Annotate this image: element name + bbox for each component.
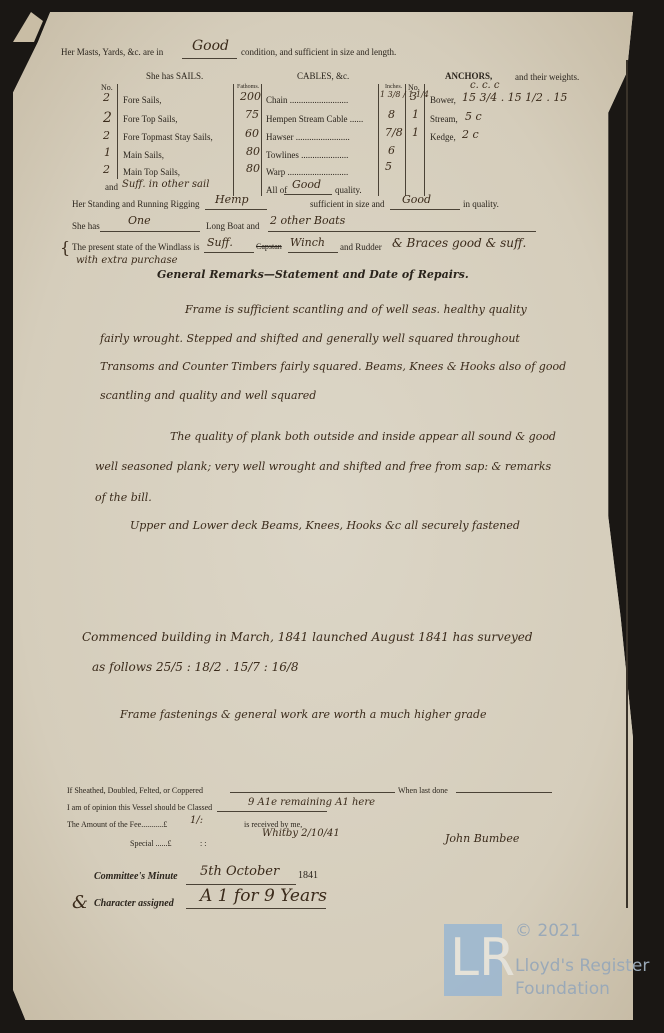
watermark-copyright: © 2021 [515,921,581,941]
cable-label-1: Hempen Stream Cable ...... [266,114,363,124]
cables-left-rule [233,84,234,196]
cable-label-2: Hawser ........................ [266,132,350,142]
cables-title: CABLES, &c. [297,71,349,81]
cable-no-2: 1 [412,126,419,139]
fee-value: 1/: [190,815,203,826]
other-boats-value: 2 other Boats [270,214,345,227]
lr-logo-icon: LR [444,924,502,996]
anchor-label-1: Stream, [430,114,458,124]
winch-line [288,252,338,253]
sail-label-4: Main Top Sails, [123,167,180,177]
cable-fathoms-3: 80 [246,145,260,158]
winch-value: Winch [290,236,325,249]
cable-inches-2: 7/8 [385,126,403,139]
long-boat-value: One [128,214,151,227]
remark-line-9: as follows 25/5 : 18/2 . 15/7 : 16/8 [92,660,299,674]
remark-line-10: Frame fastenings & general work are wort… [120,708,487,721]
boats-middle: Long Boat and [206,221,260,231]
date-note: Whitby 2/10/41 [262,828,340,839]
rigging-quality-line [390,209,460,210]
inches-right-rule [405,84,406,196]
remark-line-2: Transoms and Counter Timbers fairly squa… [100,360,566,373]
anchor-label-0: Bower, [430,95,456,105]
cable-fathoms-2: 60 [245,127,259,140]
masts-value: Good [192,38,229,54]
right-margin-rule [626,60,628,908]
remark-line-3: scantling and quality and well squared [100,389,316,402]
anchor-value-2: 2 c [462,128,479,141]
cable-inches-4: 5 [385,160,392,173]
watermark-org-line2: Foundation [515,979,610,999]
sail-no-0: 2 [103,91,110,104]
rigging-middle: sufficient in size and [310,199,385,209]
rigging-prefix: Her Standing and Running Rigging [72,199,200,209]
other-boats-line [268,231,536,232]
remark-line-0: Frame is sufficient scantling and of wel… [185,303,527,316]
sails-and-value: Suff. in other sail [122,179,209,190]
cable-no-0: 3 [410,90,417,103]
cable-inches-3: 6 [388,144,395,157]
character-value: A 1 for 9 Years [200,886,327,906]
anchor-value-0: 15 3/4 . 15 1/2 . 15 [462,91,567,104]
sails-title: She has SAILS. [146,71,203,81]
boats-prefix: She has [72,221,100,231]
sail-label-1: Fore Top Sails, [123,114,177,124]
rigging-quality: Good [402,193,431,206]
remark-line-5: well seasoned plank; very well wrought a… [95,460,551,473]
sail-label-3: Main Sails, [123,150,164,160]
sails-and-label: and [105,182,118,192]
cables-no-rule [424,84,425,196]
character-line [186,908,326,909]
windlass-note: with extra purchase [76,255,178,266]
character-label: Character assigned [94,898,174,909]
last-done-label: When last done [398,786,448,795]
all-of-line [284,194,332,195]
masts-prefix: Her Masts, Yards, &c. are in [61,47,163,57]
remark-line-8: Commenced building in March, 1841 launch… [82,630,533,644]
remark-line-6: of the bill. [95,491,152,504]
windlass-prefix: The present state of the Windlass is [72,242,199,252]
windlass-value: Suff. [207,236,233,249]
folded-corner [13,12,43,42]
committee-line [186,884,296,885]
rigging-value: Hemp [215,193,249,206]
anchors-title-suffix: and their weights. [515,72,579,82]
committee-year: 1841 [298,870,318,881]
sail-label-2: Fore Topmast Stay Sails, [123,132,213,142]
margin-mark: & [72,892,88,913]
windlass-line [204,252,254,253]
sail-no-3: 1 [104,146,111,159]
rigging-suffix: in quality. [463,199,499,209]
watermark-org-line1: Lloyd's Register [515,956,649,976]
cable-label-3: Towlines ..................... [266,150,348,160]
classed-value: 9 A1e remaining A1 here [248,797,375,808]
sail-no-1: 2 [103,110,112,126]
remark-line-7: Upper and Lower deck Beams, Knees, Hooks… [130,519,520,532]
brace-mark: { [60,238,70,257]
fathoms-rule [261,84,262,196]
cable-fathoms-0: 200 [240,90,261,103]
cable-no-1: 1 [412,108,419,121]
cable-fathoms-4: 80 [246,162,260,175]
cable-inches-0: 1 3/8 / 1 1/4 [380,90,429,99]
sheathed-line [230,792,395,793]
remarks-title: General Remarks—Statement and Date of Re… [157,268,469,281]
sails-col-rule [117,84,118,179]
rudder-value: & Braces good & suff. [392,236,526,250]
anchors-units: c. c. c [470,80,500,91]
long-boat-line [100,231,200,232]
inches-left-rule [378,84,379,196]
cable-fathoms-1: 75 [245,108,259,121]
rigging-line [205,209,267,210]
capstan-struck: Capstan [256,242,282,251]
masts-line [182,58,237,59]
sail-no-4: 2 [103,163,110,176]
fee-label: The Amount of the Fee...........£ [67,820,167,829]
special-value: : : [200,839,206,848]
last-done-line [456,792,552,793]
remark-line-4: The quality of plank both outside and in… [170,430,556,443]
committee-label: Committee's Minute [94,871,178,882]
classed-label: I am of opinion this Vessel should be Cl… [67,803,212,812]
cable-label-0: Chain .......................... [266,95,348,105]
masts-suffix: condition, and sufficient in size and le… [241,47,396,57]
committee-value: 5th October [200,864,279,879]
sail-label-0: Fore Sails, [123,95,162,105]
rudder-label: and Rudder [340,242,382,252]
classed-line [217,811,327,812]
quality-label: quality. [335,185,362,195]
sheathed-label: If Sheathed, Doubled, Felted, or Coppere… [67,786,203,795]
cable-inches-1: 8 [388,108,395,121]
anchor-label-2: Kedge, [430,132,456,142]
remark-line-1: fairly wrought. Stepped and shifted and … [100,332,520,345]
anchor-value-1: 5 c [465,110,482,123]
sail-no-2: 2 [103,129,110,142]
cable-label-4: Warp ........................... [266,167,348,177]
all-of-value: Good [292,178,321,191]
signature: John Bumbee [445,832,519,845]
special-label: Special ......£ [130,839,172,848]
